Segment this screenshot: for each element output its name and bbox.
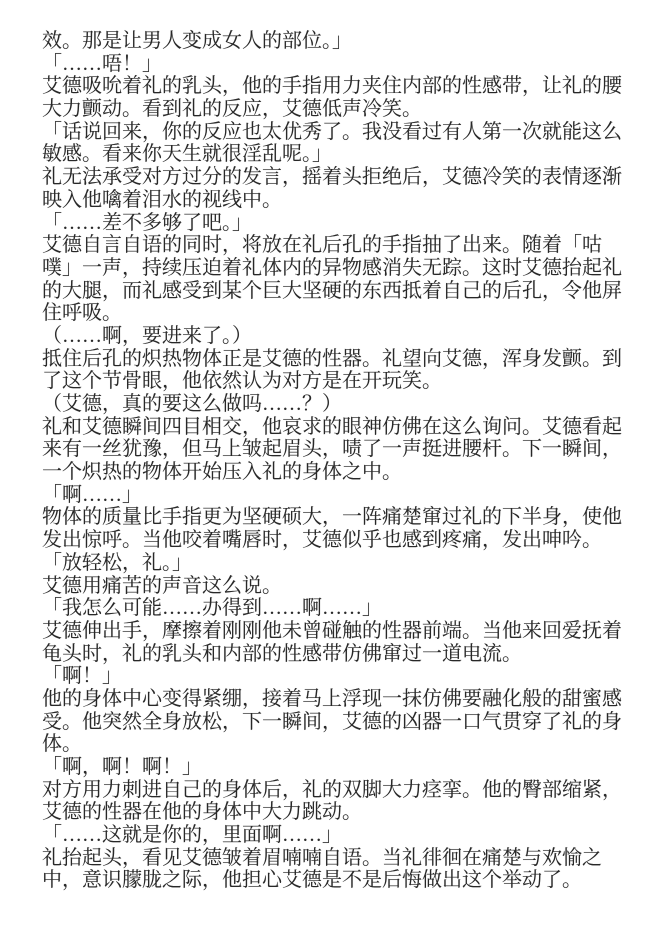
novel-text-block: 效。那是让男人变成女人的部位。」「……唔！」艾德吸吮着礼的乳头，他的手指用力夹住…: [42, 30, 650, 892]
text-line: 「啊……」: [42, 484, 650, 507]
text-line: 艾德伸出手，摩擦着刚刚他未曾碰触的性器前端。当他来回爱抚着: [42, 620, 650, 643]
text-line: （艾德，真的要这么做吗……？）: [42, 393, 650, 416]
text-line: 对方用力刺进自己的身体后，礼的双脚大力痉挛。他的臀部缩紧，: [42, 779, 650, 802]
ebook-page: 效。那是让男人变成女人的部位。」「……唔！」艾德吸吮着礼的乳头，他的手指用力夹住…: [0, 0, 662, 935]
text-line: 艾德的性器在他的身体中大力跳动。: [42, 801, 650, 824]
text-line: 体。: [42, 733, 650, 756]
text-line: 「啊，啊！啊！」: [42, 756, 650, 779]
text-line: 受。他突然全身放松，下一瞬间，艾德的凶器一口气贯穿了礼的身: [42, 711, 650, 734]
text-line: 噗」一声，持续压迫着礼体内的异物感消失无踪。这时艾德抬起礼: [42, 257, 650, 280]
text-line: 艾德用痛苦的声音这么说。: [42, 575, 650, 598]
text-line: 效。那是让男人变成女人的部位。」: [42, 30, 650, 53]
text-line: 敏感。看来你天生就很淫乱呢。」: [42, 143, 650, 166]
text-line: 来有一丝犹豫，但马上皱起眉头，啧了一声挺进腰杆。下一瞬间，: [42, 438, 650, 461]
text-line: 大力颤动。看到礼的反应，艾德低声冷笑。: [42, 98, 650, 121]
text-line: 「话说回来，你的反应也太优秀了。我没看过有人第一次就能这么: [42, 121, 650, 144]
text-line: 艾德自言自语的同时，将放在礼后孔的手指抽了出来。随着「咕: [42, 234, 650, 257]
text-line: 「啊！」: [42, 665, 650, 688]
text-line: 一个炽热的物体开始压入礼的身体之中。: [42, 461, 650, 484]
text-line: （……啊，要进来了。）: [42, 325, 650, 348]
text-line: 了这个节骨眼，他依然认为对方是在开玩笑。: [42, 370, 650, 393]
text-line: 物体的质量比手指更为坚硬硕大，一阵痛楚窜过礼的下半身，使他: [42, 506, 650, 529]
text-line: 的大腿，而礼感受到某个巨大坚硬的东西抵着自己的后孔，令他屏: [42, 280, 650, 303]
text-line: 礼抬起头，看见艾德皱着眉喃喃自语。当礼徘徊在痛楚与欢愉之: [42, 847, 650, 870]
text-line: 「……差不多够了吧。」: [42, 212, 650, 235]
text-line: 「放轻松，礼。」: [42, 552, 650, 575]
text-line: 「我怎么可能……办得到……啊……」: [42, 597, 650, 620]
text-line: 「……这就是你的，里面啊……」: [42, 824, 650, 847]
text-line: 中，意识朦胧之际，他担心艾德是不是后悔做出这个举动了。: [42, 869, 650, 892]
text-line: 住呼吸。: [42, 302, 650, 325]
text-line: 礼和艾德瞬间四目相交，他哀求的眼神仿佛在这么询问。艾德看起: [42, 416, 650, 439]
text-line: 礼无法承受对方过分的发言，摇着头拒绝后，艾德冷笑的表情逐渐: [42, 166, 650, 189]
text-line: 艾德吸吮着礼的乳头，他的手指用力夹住内部的性感带，让礼的腰: [42, 75, 650, 98]
text-line: 发出惊呼。当他咬着嘴唇时，艾德似乎也感到疼痛，发出呻吟。: [42, 529, 650, 552]
text-line: 「……唔！」: [42, 53, 650, 76]
text-line: 抵住后孔的炽热物体正是艾德的性器。礼望向艾德，浑身发颤。到: [42, 348, 650, 371]
text-line: 他的身体中心变得紧绷，接着马上浮现一抹仿佛要融化般的甜蜜感: [42, 688, 650, 711]
text-line: 龟头时，礼的乳头和内部的性感带仿佛窜过一道电流。: [42, 643, 650, 666]
text-line: 映入他噙着泪水的视线中。: [42, 189, 650, 212]
